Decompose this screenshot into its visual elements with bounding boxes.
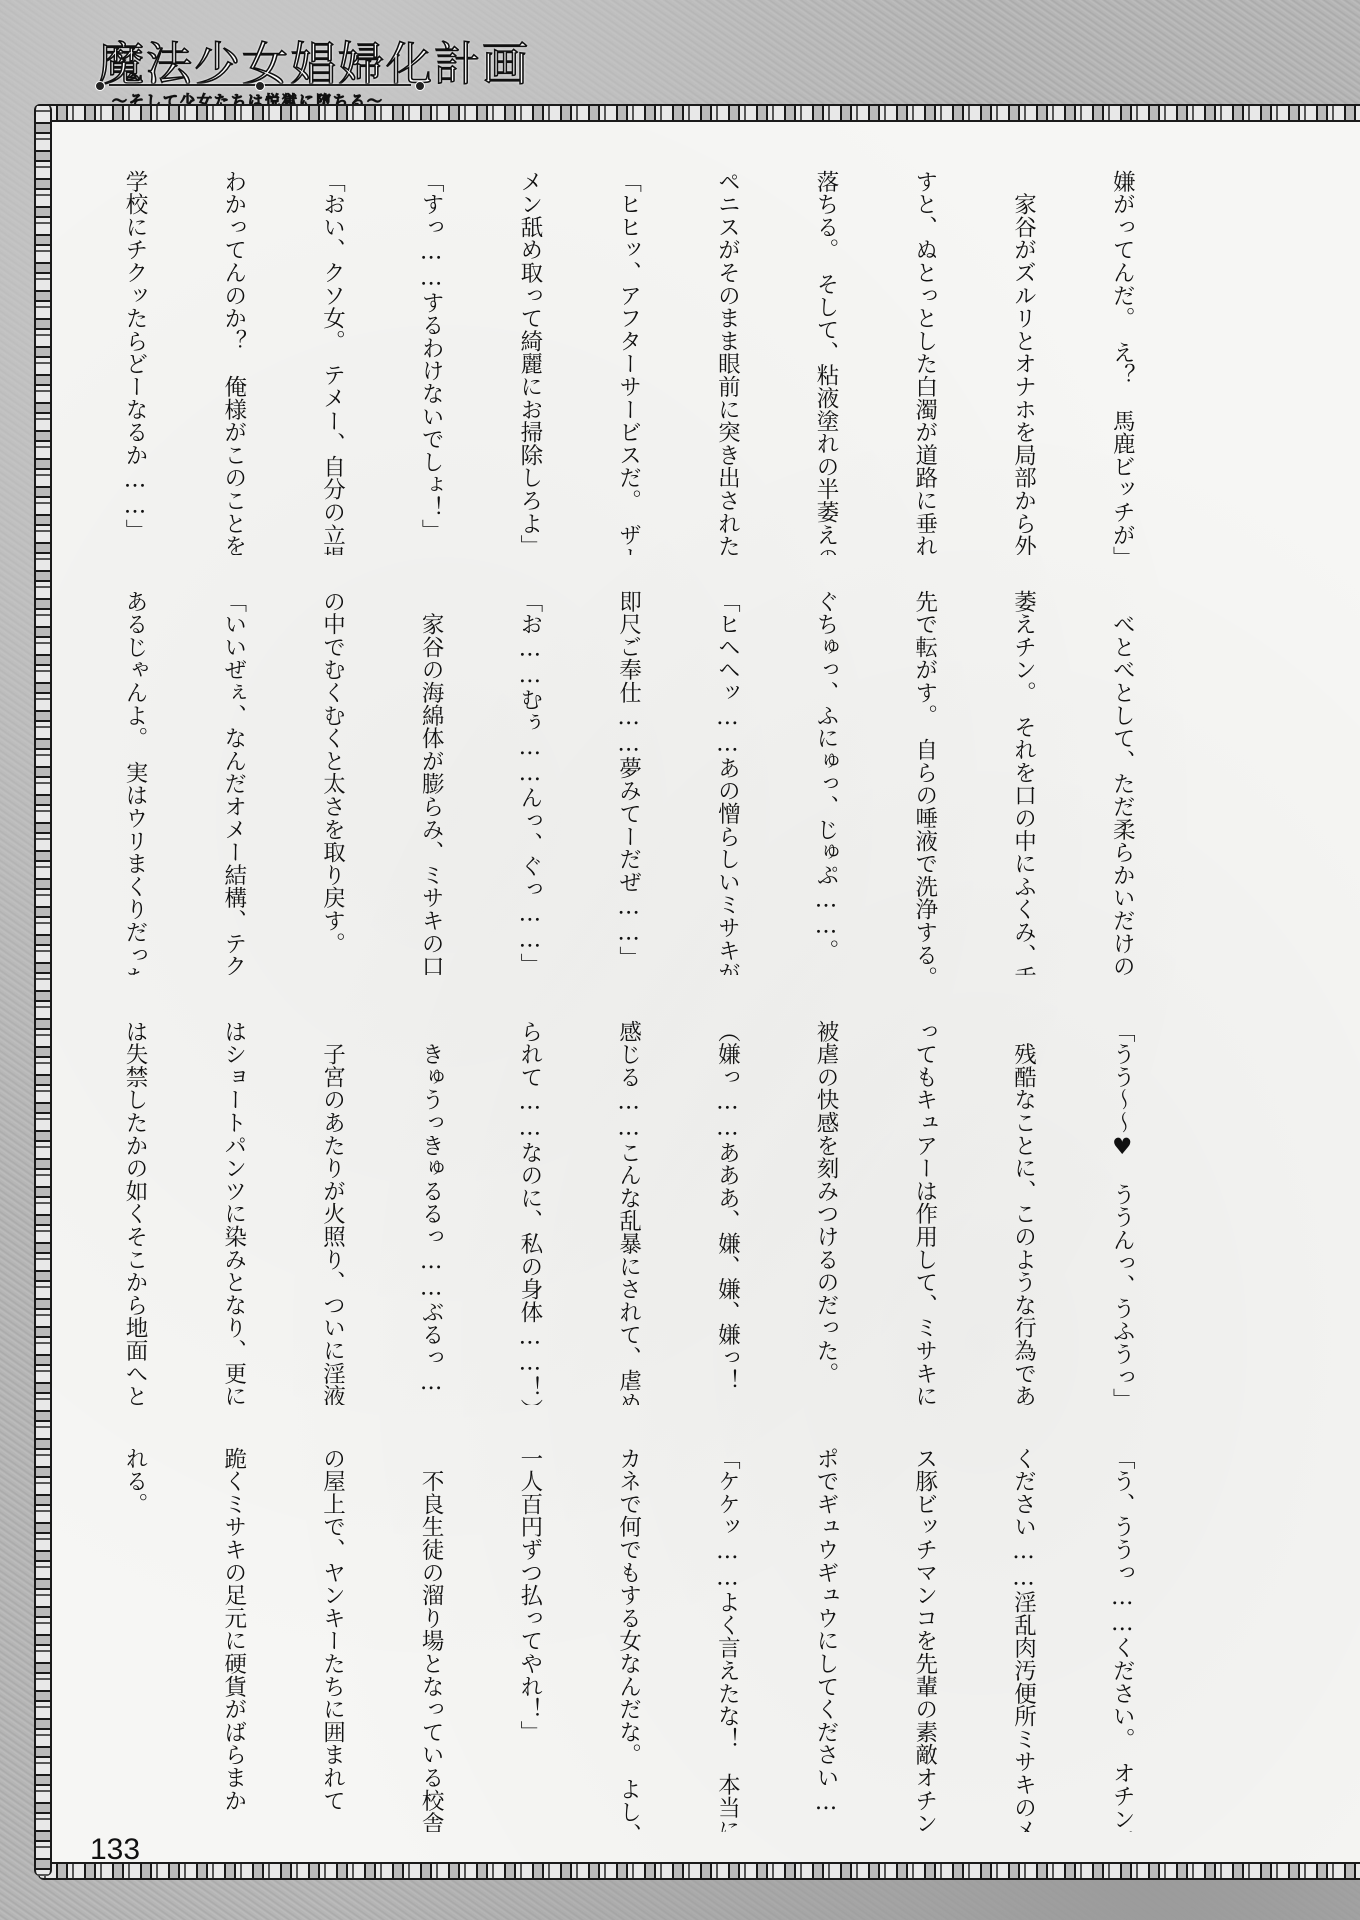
text-column: 子宮のあたりが火照り、ついに淫液 — [316, 1020, 349, 1405]
text-band-1: 嫌がってんだ。 え？ 馬鹿ビッチが」 家谷がズルリとオナホを局部から外 すと、ぬ… — [86, 170, 1204, 555]
text-column: 「う、ううっ……ください。 オチンポ、 — [1105, 1447, 1138, 1832]
text-column: すと、ぬとっとした白濁が道路に垂れ — [908, 170, 941, 555]
chain-border-top — [38, 104, 1360, 122]
text-column: ペニスがそのまま眼前に突き出された。 — [710, 170, 743, 555]
text-column: の中でむくむくと太さを取り戻す。 — [316, 590, 349, 975]
book-header: 魔法少女娼婦化計画 〜そして少女たちは悦獄に堕ちる〜 — [90, 10, 430, 105]
text-column: べとべとして、ただ柔らかいだけの — [1105, 590, 1138, 975]
text-column: 学校にチクッたらどーなるか……」 — [118, 170, 151, 555]
text-column: 感じる……こんな乱暴にされて、虐め — [612, 1020, 645, 1405]
text-column: きゅうっきゅるるっ……ぶるっ……。 — [414, 1020, 447, 1405]
text-column: 「すっ……するわけないでしょ！」 — [414, 170, 447, 555]
ornament-dot-left — [95, 81, 105, 91]
text-column: 被虐の快感を刻みつけるのだった。 — [809, 1020, 842, 1405]
text-column: メン舐め取って綺麗にお掃除しろよ」 — [513, 170, 546, 555]
text-column: 「ヒヒッ、アフターサービスだ。 ザー — [612, 170, 645, 555]
text-column: 「ケケッ……よく言えたな！ 本当に — [710, 1447, 743, 1832]
text-column: 残酷なことに、このような行為であ — [1007, 1020, 1040, 1405]
text-band-2: べとべとして、ただ柔らかいだけの 萎えチン。 それを口の中にふくみ、舌 先で転が… — [86, 590, 1204, 975]
text-column: 家谷の海綿体が膨らみ、ミサキの口 — [414, 590, 447, 975]
text-column: ぐちゅっ、ふにゅっ、じゅぷ……。 — [809, 590, 842, 975]
text-column: 「ヒヘヘッ……あの憎らしいミサキが — [710, 590, 743, 975]
text-band-3: 「うう〜〜♥ ううんっ、うふうっ」 残酷なことに、このような行為であ ってもキュ… — [86, 1020, 1204, 1405]
chain-border-bottom — [38, 1862, 1360, 1880]
text-column: 落ちる。 そして、粘液塗れの半萎えの — [809, 170, 842, 555]
text-column: 不良生徒の溜り場となっている校舎 — [414, 1447, 447, 1832]
text-column: 「お……むぅ……んっ、ぐっ……」 — [513, 590, 546, 975]
text-column: 「いいぜぇ、なんだオメー結構、テク — [217, 590, 250, 975]
text-column: ス豚ビッチマンコを先輩の素敵オチン — [908, 1447, 941, 1832]
chain-border-left — [34, 104, 52, 1876]
text-column: あるじゃんよ。 実はウリまくりだった — [118, 590, 151, 975]
text-column: ポでギュウギュウにしてください……」 — [809, 1447, 842, 1832]
text-column: はショートパンツに染みとなり、更に — [217, 1020, 250, 1405]
text-column: 「うう〜〜♥ ううんっ、うふうっ」 — [1105, 1020, 1138, 1405]
text-column: （嫌っ……あああ、嫌、嫌、嫌っ！ — [710, 1020, 743, 1405]
text-column: 一人百円ずつ払ってやれ！」 — [513, 1447, 546, 1832]
text-column: られて……なのに、私の身体……！） — [513, 1020, 546, 1405]
ornament-dot-right — [415, 81, 425, 91]
text-column: 「おい、クソ女。 テメー、自分の立場 — [316, 170, 349, 555]
text-column: 跪くミサキの足元に硬貨がばらまか — [217, 1447, 250, 1832]
text-column: れる。 — [118, 1447, 151, 1832]
text-column: 即尺ご奉仕……夢みてーだぜ……」 — [612, 590, 645, 975]
text-column: 先で転がす。 自らの唾液で洗浄する。 — [908, 590, 941, 975]
text-column: わかってんのか？ 俺様がこのことを — [217, 170, 250, 555]
text-column: 家谷がズルリとオナホを局部から外 — [1007, 170, 1040, 555]
title-ornament — [95, 82, 425, 88]
text-column: カネで何でもする女なんだな。 よし、皆、 — [612, 1447, 645, 1832]
text-band-4: 「う、ううっ……ください。 オチンポ、 ください……淫乱肉汚便所ミサキのメ ス豚… — [86, 1447, 1204, 1832]
text-column: ください……淫乱肉汚便所ミサキのメ — [1007, 1447, 1040, 1832]
text-column: の屋上で、ヤンキーたちに囲まれて — [316, 1447, 349, 1832]
text-column: ってもキュアーは作用して、ミサキに — [908, 1020, 941, 1405]
text-column: 萎えチン。 それを口の中にふくみ、舌 — [1007, 590, 1040, 975]
page-number: 133 — [90, 1833, 140, 1867]
text-column: は失禁したかの如くそこから地面へと — [118, 1020, 151, 1405]
text-column: 嫌がってんだ。 え？ 馬鹿ビッチが」 — [1105, 170, 1138, 555]
